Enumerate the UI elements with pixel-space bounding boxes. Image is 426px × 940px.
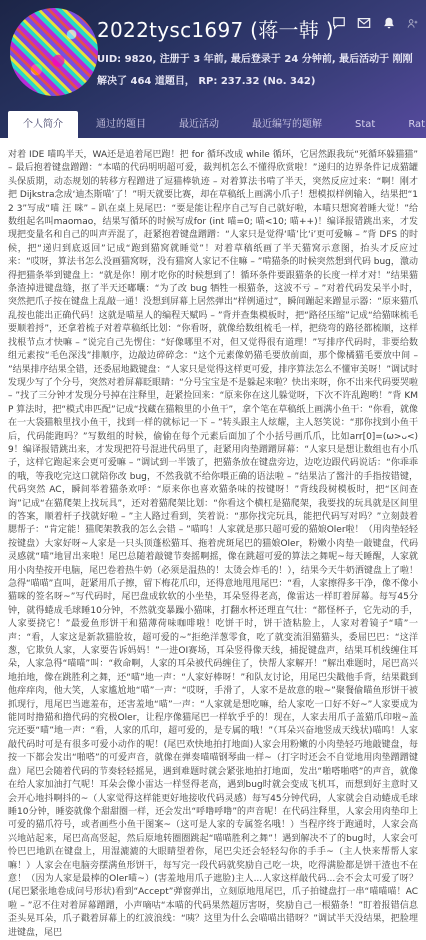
profile-page: 2022tysc1697 (蒋一韩 ) UID: 9820, 注册于 3 年前,… — [0, 0, 426, 940]
user-stats: 解决了 464 道题目， RP: 237.32 (No. 342) — [97, 72, 413, 87]
banner-icons — [332, 16, 418, 30]
tab-rating[interactable]: Rating — [393, 111, 426, 138]
bio-text: 对着 IDE 喵呜半天，WA还是追着尾巴跑！把 for 循环改成 while 循… — [8, 149, 418, 940]
tab-solved-problems[interactable]: 通过的题目 — [81, 111, 161, 138]
user-link-icon[interactable] — [407, 18, 418, 29]
avatar — [10, 8, 98, 96]
tab-stat[interactable]: Stat — [340, 111, 390, 138]
tab-recent-solutions[interactable]: 最近编写的题解 — [237, 111, 337, 138]
bell-icon[interactable] — [382, 16, 396, 30]
comment-icon[interactable] — [332, 16, 346, 30]
tab-profile[interactable]: 个人简介 — [8, 111, 78, 138]
mail-icon[interactable] — [357, 16, 371, 30]
profile-banner: 2022tysc1697 (蒋一韩 ) UID: 9820, 注册于 3 年前,… — [0, 0, 426, 138]
user-meta: UID: 9820, 注册于 3 年前, 最后登录于 24 分钟前, 最后活动于… — [97, 50, 413, 65]
tabbar: 个人简介 通过的题目 最近活动 最近编写的题解 Stat Rating — [0, 111, 426, 138]
profile-content: 对着 IDE 喵呜半天，WA还是追着尾巴跑！把 for 循环改成 while 循… — [0, 138, 426, 940]
tab-recent-activity[interactable]: 最近活动 — [164, 111, 234, 138]
